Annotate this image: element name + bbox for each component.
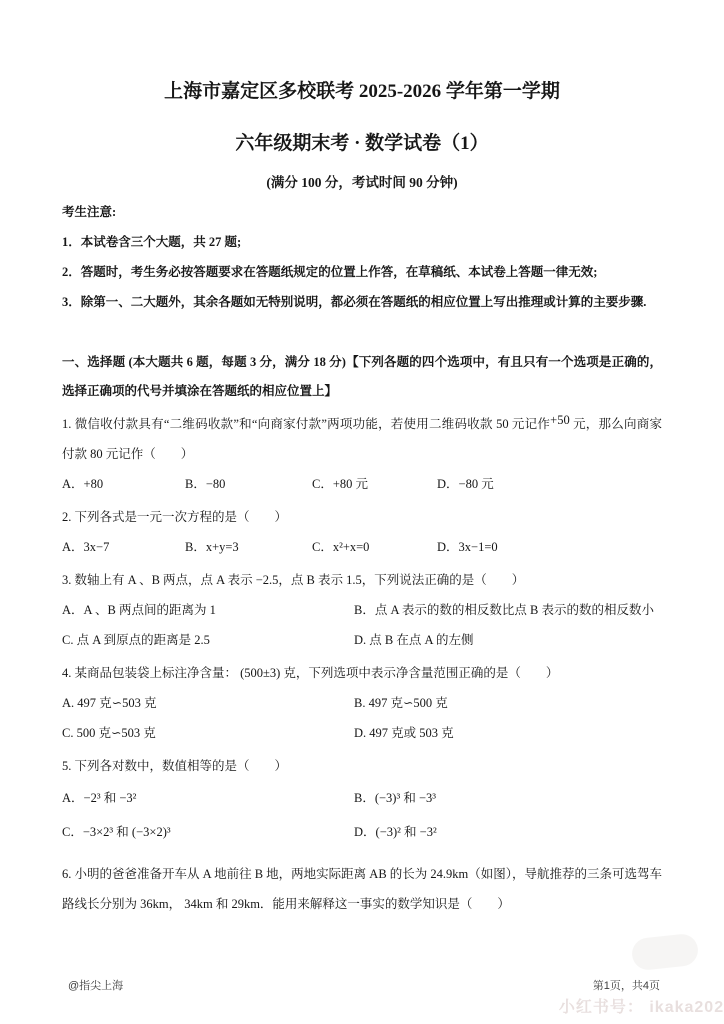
question-1-superscript: +50	[550, 413, 570, 427]
question-1-option-b: B．−80	[185, 469, 312, 499]
question-4-options: A. 497 克∽503 克 B. 497 克∽500 克 C. 500 克∽5…	[62, 688, 662, 748]
question-4-option-d: D. 497 克或 503 克	[354, 718, 662, 748]
question-2-stem: 2. 下列各式是一元一次方程的是（ ）	[62, 502, 662, 532]
question-4: 4. 某商品包装袋上标注净含量： (500±3) 克，下列选项中表示净含量范围正…	[62, 658, 662, 748]
notice-item-2: 2．答题时，考生务必按答题要求在答题纸规定的位置上作答，在草稿纸、本试卷上答题一…	[62, 257, 662, 287]
question-4-option-a: A. 497 克∽503 克	[62, 688, 354, 718]
question-3: 3. 数轴上有 A 、B 两点，点 A 表示 −2.5，点 B 表示 1.5，下…	[62, 565, 662, 655]
question-4-stem: 4. 某商品包装袋上标注净含量： (500±3) 克，下列选项中表示净含量范围正…	[62, 658, 662, 688]
question-2: 2. 下列各式是一元一次方程的是（ ） A．3x−7 B．x+y=3 C．x²+…	[62, 502, 662, 562]
question-4-option-b: B. 497 克∽500 克	[354, 688, 662, 718]
question-3-stem: 3. 数轴上有 A 、B 两点，点 A 表示 −2.5，点 B 表示 1.5，下…	[62, 565, 662, 595]
question-3-options: A．A 、B 两点间的距离为 1 B．点 A 表示的数的相反数比点 B 表示的数…	[62, 595, 662, 655]
question-5-option-c: C．−3×2³ 和 (−3×2)³	[62, 815, 354, 849]
question-1: 1. 微信收付款具有“二维码收款”和“向商家付款”两项功能，若使用二维码收款 5…	[62, 409, 662, 499]
notice-item-1: 1．本试卷含三个大题，共 27 题;	[62, 227, 662, 257]
question-3-option-d: D. 点 B 在点 A 的左侧	[354, 625, 662, 655]
question-2-option-c: C．x²+x=0	[312, 532, 437, 562]
section-1-heading: 一、选择题 (本大题共 6 题，每题 3 分，满分 18 分)【下列各题的四个选…	[62, 348, 662, 406]
question-5-option-d: D．(−3)² 和 −3²	[354, 815, 662, 849]
exam-subtitle: (满分 100 分，考试时间 90 分钟)	[62, 171, 662, 191]
watermark-text: 小红书号： ikaka2024	[559, 994, 724, 1017]
question-6: 6. 小明的爸爸准备开车从 A 地前往 B 地，两地实际距离 AB 的长为 24…	[62, 859, 662, 919]
question-2-option-b: B．x+y=3	[185, 532, 312, 562]
notice-heading: 考生注意:	[62, 197, 662, 227]
question-2-option-d: D．3x−1=0	[437, 532, 662, 562]
question-4-option-c: C. 500 克∽503 克	[62, 718, 354, 748]
question-6-stem: 6. 小明的爸爸准备开车从 A 地前往 B 地，两地实际距离 AB 的长为 24…	[62, 859, 662, 919]
question-1-option-d: D．−80 元	[437, 469, 662, 499]
question-5: 5. 下列各对数中，数值相等的是（ ） A．−2³ 和 −3² B．(−3)³ …	[62, 751, 662, 849]
footer-source-label: @指尖上海	[68, 977, 123, 993]
question-3-option-a: A．A 、B 两点间的距离为 1	[62, 595, 354, 625]
notice-item-3: 3．除第一、二大题外，其余各题如无特别说明，都必须在答题纸的相应位置上写出推理或…	[62, 287, 662, 317]
exam-title-line1: 上海市嘉定区多校联考 2025-2026 学年第一学期	[62, 76, 662, 103]
question-2-options: A．3x−7 B．x+y=3 C．x²+x=0 D．3x−1=0	[62, 532, 662, 562]
question-1-options: A．+80 B．−80 C．+80 元 D．−80 元	[62, 469, 662, 499]
question-3-option-b: B．点 A 表示的数的相反数比点 B 表示的数的相反数小	[354, 595, 662, 625]
exam-title-line2: 六年级期末考 · 数学试卷（1）	[62, 128, 662, 155]
question-2-option-a: A．3x−7	[62, 532, 185, 562]
question-1-stem: 1. 微信收付款具有“二维码收款”和“向商家付款”两项功能，若使用二维码收款 5…	[62, 409, 662, 469]
watermark-stamp	[631, 933, 700, 972]
question-5-option-b: B．(−3)³ 和 −3³	[354, 781, 662, 815]
question-5-options: A．−2³ 和 −3² B．(−3)³ 和 −3³ C．−3×2³ 和 (−3×…	[62, 781, 662, 849]
question-3-option-c: C. 点 A 到原点的距离是 2.5	[62, 625, 354, 655]
question-5-option-a: A．−2³ 和 −3²	[62, 781, 354, 815]
footer-page-number: 第1页，共4页	[593, 977, 660, 993]
question-1-stem-before: 1. 微信收付款具有“二维码收款”和“向商家付款”两项功能，若使用二维码收款 5…	[62, 417, 550, 431]
question-1-option-a: A．+80	[62, 469, 185, 499]
notice-section: 考生注意: 1．本试卷含三个大题，共 27 题; 2．答题时，考生务必按答题要求…	[62, 197, 662, 317]
question-5-stem: 5. 下列各对数中，数值相等的是（ ）	[62, 751, 662, 781]
question-1-option-c: C．+80 元	[312, 469, 437, 499]
exam-page: 上海市嘉定区多校联考 2025-2026 学年第一学期 六年级期末考 · 数学试…	[0, 0, 724, 919]
